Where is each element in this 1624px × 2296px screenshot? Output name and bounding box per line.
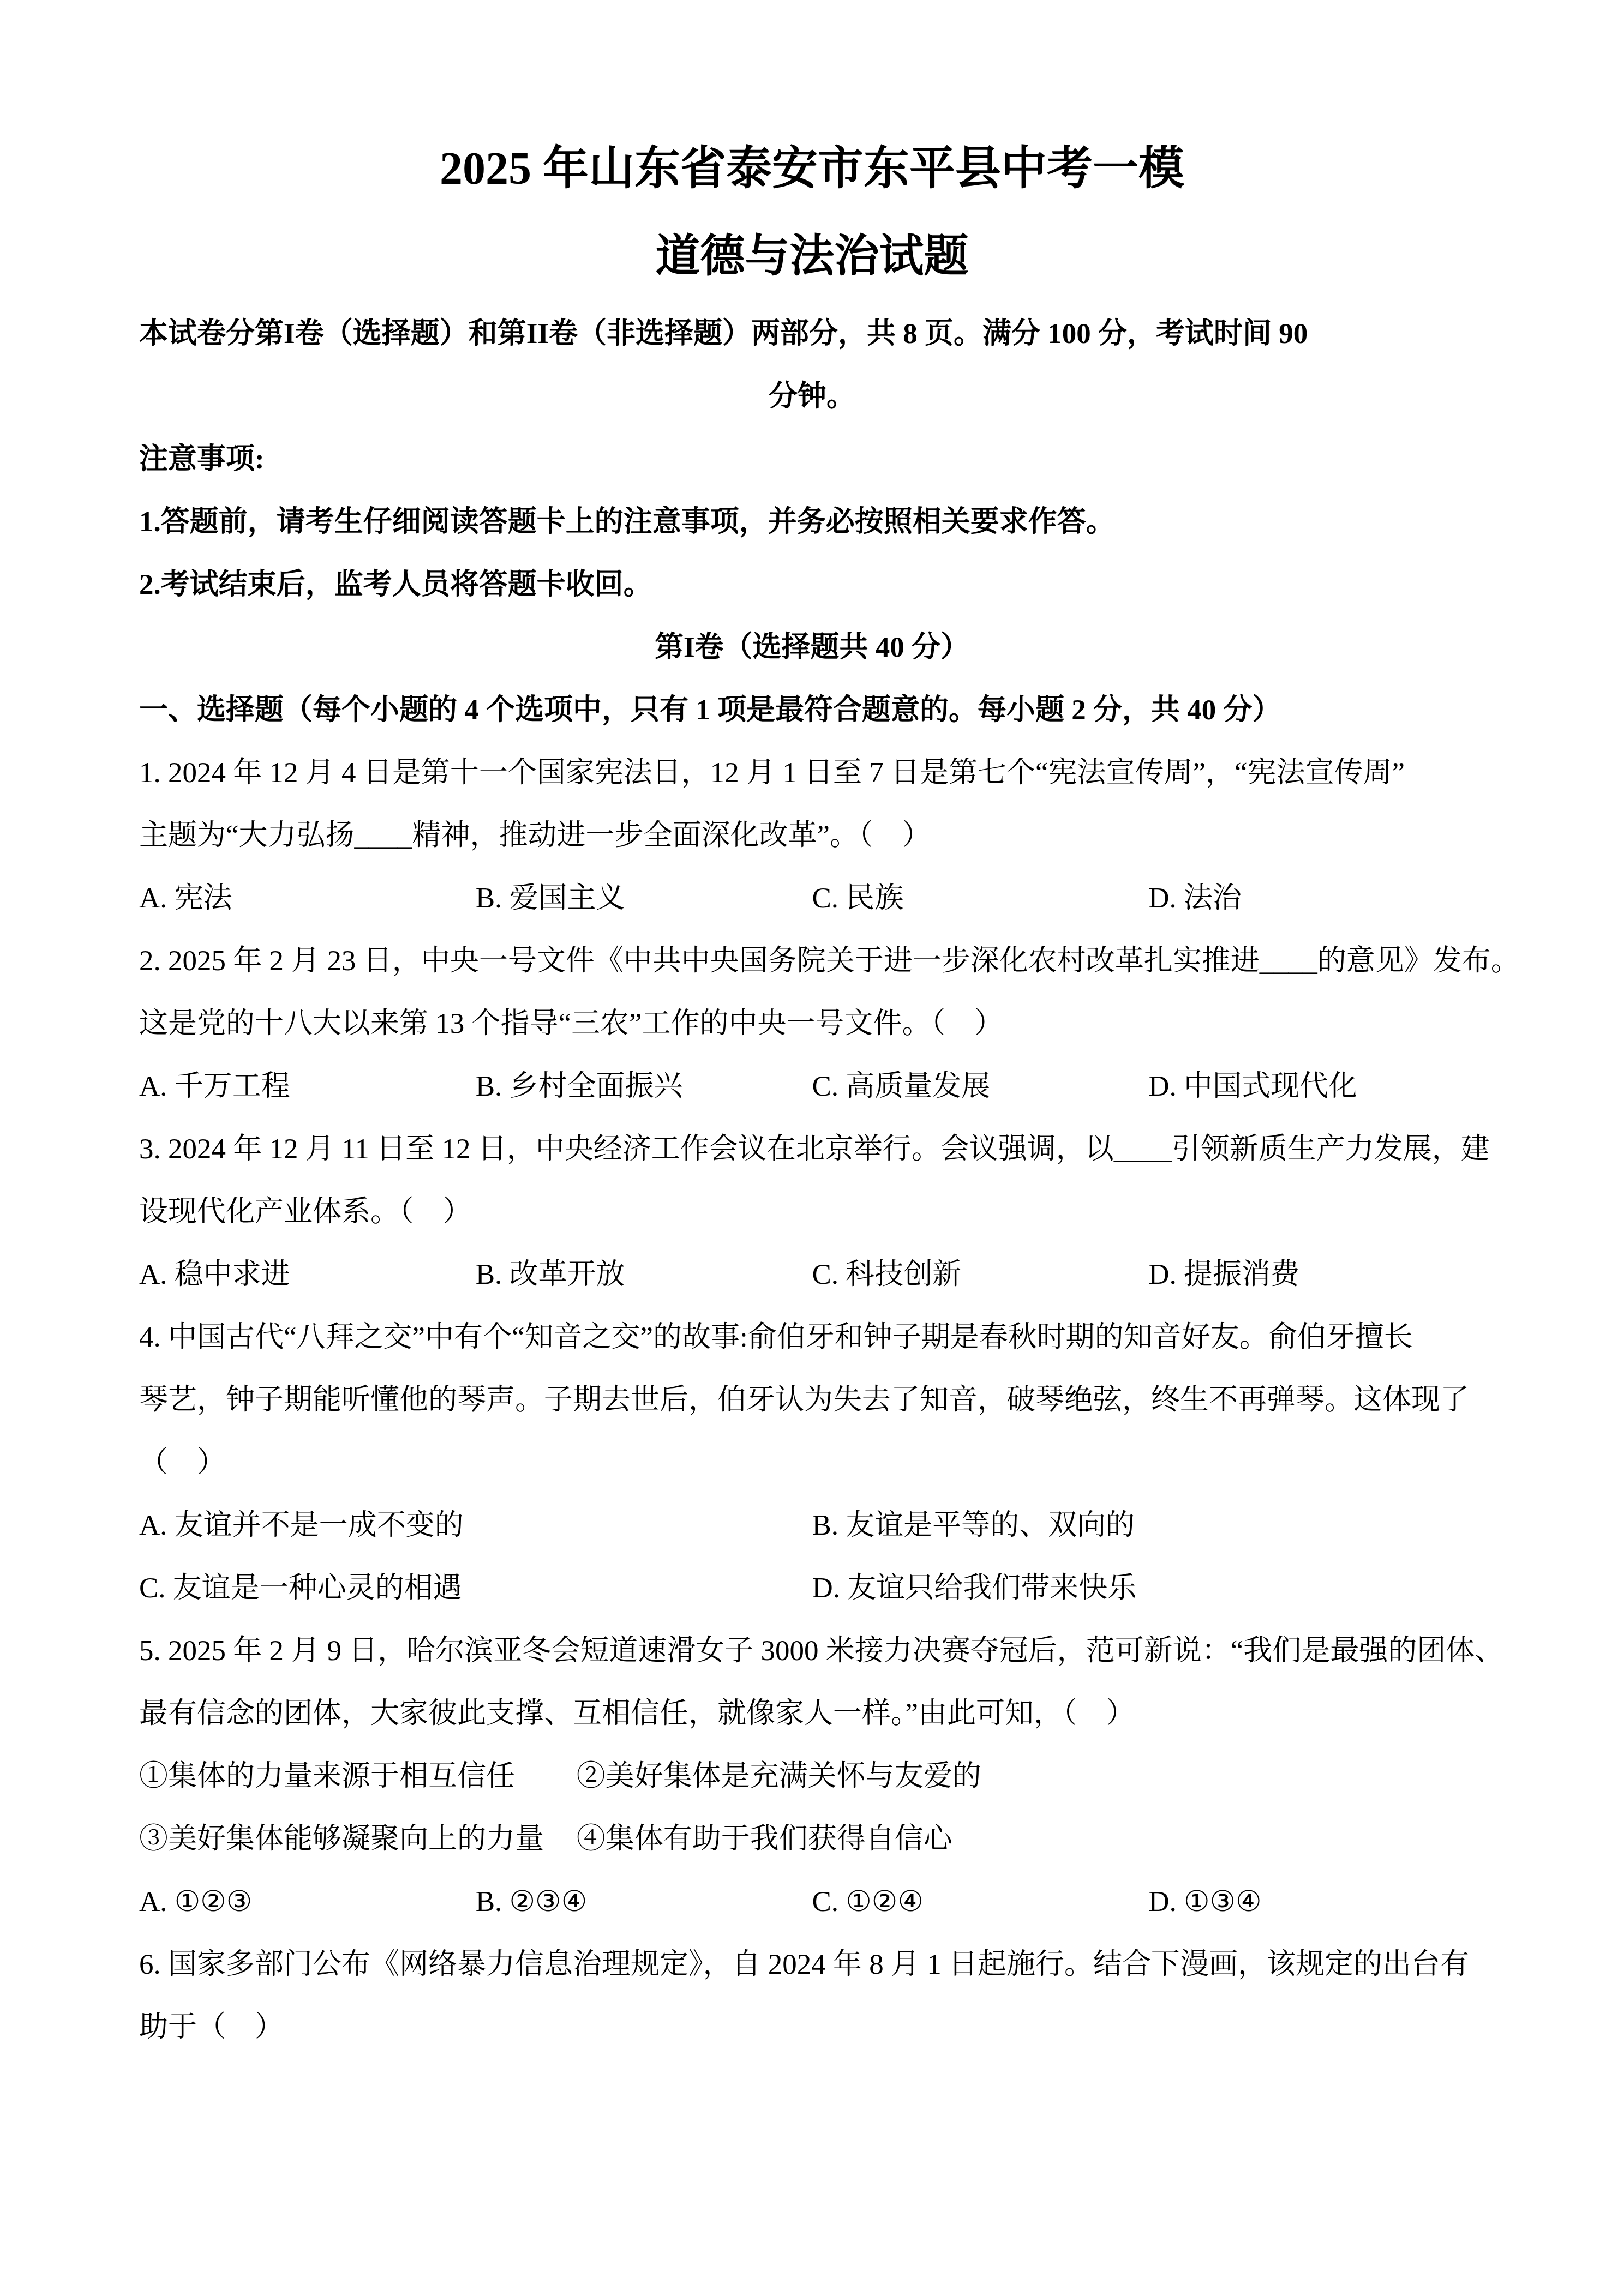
question-5-statements-row-2: ③美好集体能够凝聚向上的力量 ④集体有助于我们获得自信心 bbox=[139, 1808, 1485, 1871]
question-5-text-line-2: 最有信念的团体，大家彼此支撑、互相信任，就像家人一样。”由此可知，（ ） bbox=[139, 1682, 1485, 1745]
question-5-statement-1: ①集体的力量来源于相互信任 bbox=[139, 1745, 577, 1808]
question-2-text-line-2: 这是党的十八大以来第 13 个指导“三农”工作的中央一号文件。（ ） bbox=[139, 993, 1485, 1055]
part1-heading: 第I卷（选择题共 40 分） bbox=[139, 616, 1485, 679]
question-1-text-line-1: 1. 2024 年 12 月 4 日是第十一个国家宪法日，12 月 1 日至 7… bbox=[139, 742, 1485, 804]
question-3: 3. 2024 年 12 月 11 日至 12 日，中央经济工作会议在北京举行。… bbox=[139, 1118, 1485, 1306]
section1-instructions: 一、选择题（每个小题的 4 个选项中，只有 1 项是最符合题意的。每小题 2 分… bbox=[139, 679, 1485, 742]
question-5-option-c: C. ①②④ bbox=[812, 1871, 1149, 1933]
paper-intro-line-1: 本试卷分第I卷（选择题）和第II卷（非选择题）两部分，共 8 页。满分 100 … bbox=[139, 303, 1485, 365]
question-4-option-d: D. 友谊只给我们带来快乐 bbox=[812, 1557, 1485, 1620]
notice-item-1: 1.答题前，请考生仔细阅读答题卡上的注意事项，并务必按照相关要求作答。 bbox=[139, 491, 1485, 554]
question-4-option-a: A. 友谊并不是一成不变的 bbox=[139, 1494, 812, 1557]
question-3-option-b: B. 改革开放 bbox=[476, 1243, 812, 1306]
paper-header: 2025 年山东省泰安市东平县中考一模 道德与法治试题 bbox=[139, 128, 1485, 303]
question-5-option-d: D. ①③④ bbox=[1148, 1871, 1485, 1933]
question-5-option-a: A. ①②③ bbox=[139, 1871, 476, 1933]
question-5-statement-2: ②美好集体是充满关怀与友爱的 bbox=[577, 1745, 981, 1808]
question-5-statements-row-1: ①集体的力量来源于相互信任 ②美好集体是充满关怀与友爱的 bbox=[139, 1745, 1485, 1808]
question-4-option-c: C. 友谊是一种心灵的相遇 bbox=[139, 1557, 812, 1620]
question-5-statement-4: ④集体有助于我们获得自信心 bbox=[577, 1808, 952, 1871]
question-3-option-d: D. 提振消费 bbox=[1148, 1243, 1485, 1306]
question-2-option-c: C. 高质量发展 bbox=[812, 1055, 1149, 1118]
question-1-text-line-2: 主题为“大力弘扬____精神，推动进一步全面深化改革”。（ ） bbox=[139, 804, 1485, 867]
notices-heading: 注意事项: bbox=[139, 428, 1485, 491]
exam-paper-page: 2025 年山东省泰安市东平县中考一模 道德与法治试题 本试卷分第I卷（选择题）… bbox=[0, 0, 1624, 2296]
notice-item-2: 2.考试结束后，监考人员将答题卡收回。 bbox=[139, 554, 1485, 616]
question-5: 5. 2025 年 2 月 9 日，哈尔滨亚冬会短道速滑女子 3000 米接力决… bbox=[139, 1620, 1485, 1933]
paper-subtitle: 道德与法治试题 bbox=[139, 210, 1485, 303]
question-2: 2. 2025 年 2 月 23 日，中央一号文件《中共中央国务院关于进一步深化… bbox=[139, 930, 1485, 1118]
question-6-text-line-2: 助于（ ） bbox=[139, 1996, 1485, 2059]
question-1-option-d: D. 法治 bbox=[1148, 867, 1485, 930]
question-5-text-line-1: 5. 2025 年 2 月 9 日，哈尔滨亚冬会短道速滑女子 3000 米接力决… bbox=[139, 1620, 1485, 1682]
question-3-options: A. 稳中求进 B. 改革开放 C. 科技创新 D. 提振消费 bbox=[139, 1243, 1485, 1306]
question-5-options: A. ①②③ B. ②③④ C. ①②④ D. ①③④ bbox=[139, 1871, 1485, 1933]
paper-title: 2025 年山东省泰安市东平县中考一模 bbox=[139, 128, 1485, 210]
question-1-option-a: A. 宪法 bbox=[139, 867, 476, 930]
question-5-statement-3: ③美好集体能够凝聚向上的力量 bbox=[139, 1808, 577, 1871]
question-1: 1. 2024 年 12 月 4 日是第十一个国家宪法日，12 月 1 日至 7… bbox=[139, 742, 1485, 930]
paper-intro-line-2: 分钟。 bbox=[139, 365, 1485, 428]
question-2-option-a: A. 千万工程 bbox=[139, 1055, 476, 1118]
question-2-text-line-1: 2. 2025 年 2 月 23 日，中央一号文件《中共中央国务院关于进一步深化… bbox=[139, 930, 1485, 993]
question-4-text-line-1: 4. 中国古代“八拜之交”中有个“知音之交”的故事:俞伯牙和钟子期是春秋时期的知… bbox=[139, 1306, 1485, 1369]
question-4-text-line-2: 琴艺，钟子期能听懂他的琴声。子期去世后，伯牙认为失去了知音，破琴绝弦，终生不再弹… bbox=[139, 1369, 1485, 1432]
question-3-text-line-1: 3. 2024 年 12 月 11 日至 12 日，中央经济工作会议在北京举行。… bbox=[139, 1118, 1485, 1181]
question-1-option-c: C. 民族 bbox=[812, 867, 1149, 930]
question-4-text-line-3: （ ） bbox=[139, 1432, 1485, 1494]
question-3-text-line-2: 设现代化产业体系。（ ） bbox=[139, 1181, 1485, 1243]
question-4-options-row-2: C. 友谊是一种心灵的相遇 D. 友谊只给我们带来快乐 bbox=[139, 1557, 1485, 1620]
question-4-option-b: B. 友谊是平等的、双向的 bbox=[812, 1494, 1485, 1557]
question-6: 6. 国家多部门公布《网络暴力信息治理规定》，自 2024 年 8 月 1 日起… bbox=[139, 1933, 1485, 2059]
question-2-options: A. 千万工程 B. 乡村全面振兴 C. 高质量发展 D. 中国式现代化 bbox=[139, 1055, 1485, 1118]
question-6-text-line-1: 6. 国家多部门公布《网络暴力信息治理规定》，自 2024 年 8 月 1 日起… bbox=[139, 1933, 1485, 1996]
question-4: 4. 中国古代“八拜之交”中有个“知音之交”的故事:俞伯牙和钟子期是春秋时期的知… bbox=[139, 1306, 1485, 1620]
question-3-option-a: A. 稳中求进 bbox=[139, 1243, 476, 1306]
question-1-options: A. 宪法 B. 爱国主义 C. 民族 D. 法治 bbox=[139, 867, 1485, 930]
question-2-option-d: D. 中国式现代化 bbox=[1148, 1055, 1485, 1118]
question-1-option-b: B. 爱国主义 bbox=[476, 867, 812, 930]
question-5-option-b: B. ②③④ bbox=[476, 1871, 812, 1933]
question-2-option-b: B. 乡村全面振兴 bbox=[476, 1055, 812, 1118]
question-4-options-row-1: A. 友谊并不是一成不变的 B. 友谊是平等的、双向的 bbox=[139, 1494, 1485, 1557]
question-3-option-c: C. 科技创新 bbox=[812, 1243, 1149, 1306]
